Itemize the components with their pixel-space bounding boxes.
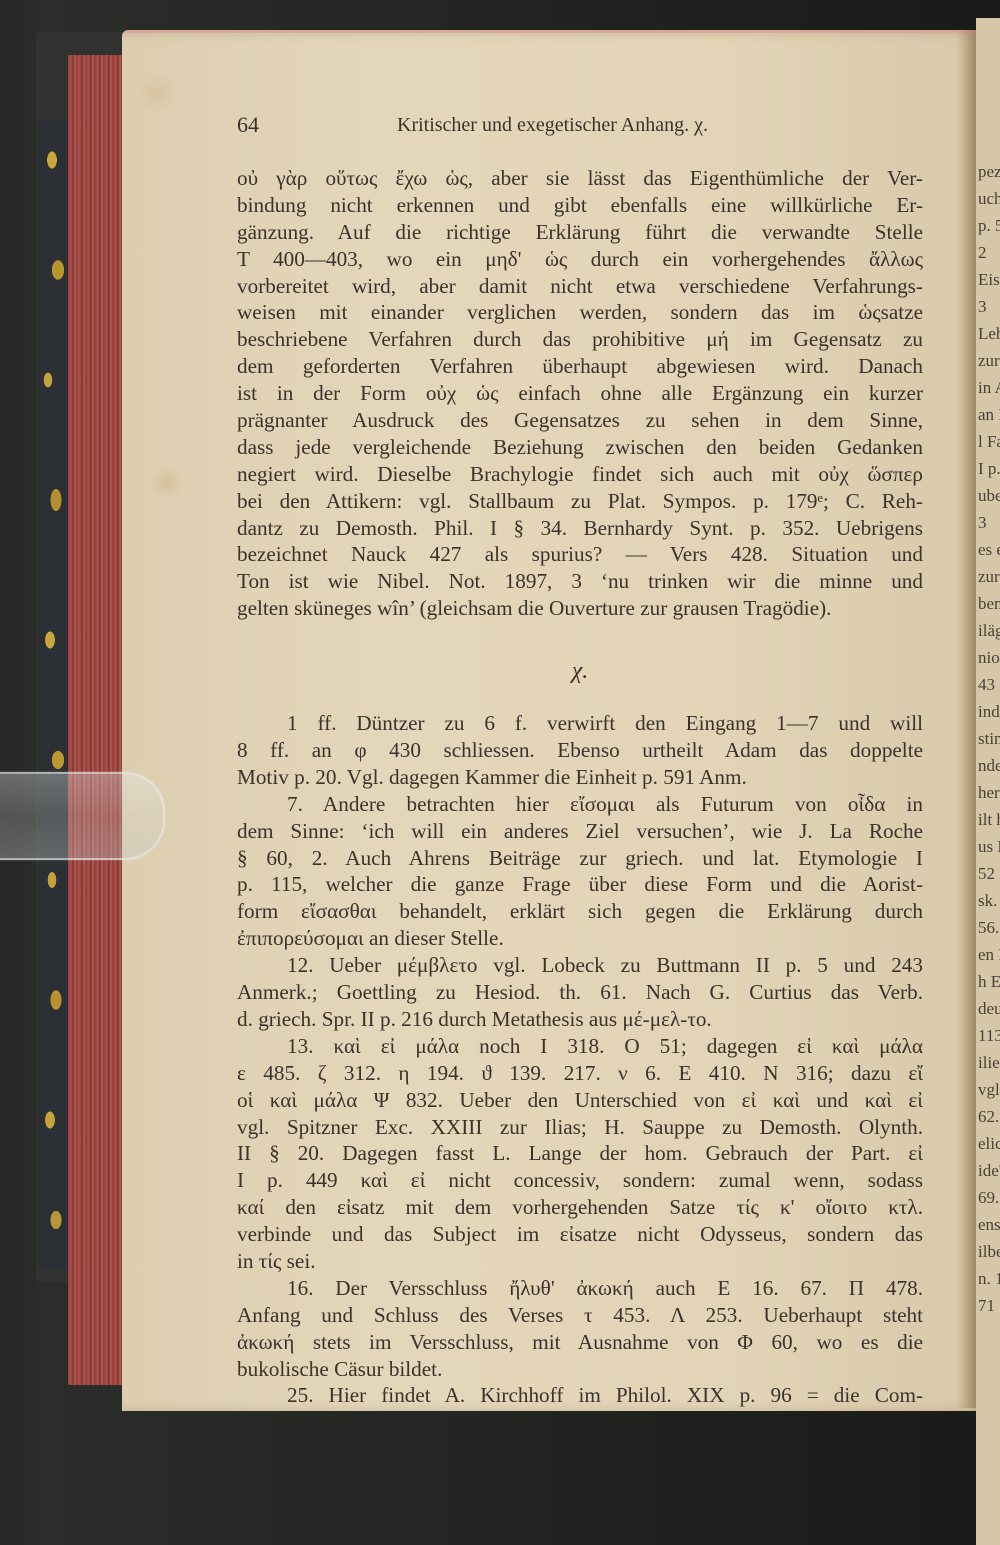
facing-page-fragment: ubeit	[978, 482, 1000, 509]
text-line: beschriebene Verfahren durch das prohibi…	[237, 326, 923, 353]
text-line: dass jede vergleichende Beziehung zwisch…	[237, 434, 923, 461]
text-line: Anmerk.; Goettling zu Hesiod. th. 61. Na…	[237, 979, 923, 1006]
facing-page-fragment: 3	[978, 293, 1000, 320]
facing-page-fragment: l Fa	[978, 428, 1000, 455]
note-entry: 7. Andere betrachten hier εἴσομαι als Fu…	[237, 791, 923, 952]
facing-page-fragment: 2	[978, 239, 1000, 266]
text-line: ε 485. ζ 312. η 194. ϑ 139. 217. ν 6. E …	[237, 1060, 923, 1087]
text-line: 7. Andere betrachten hier εἴσομαι als Fu…	[237, 791, 923, 818]
facing-page-edge: pezitiuchp. 582Eisel3Lehrszurin Aan Kal …	[976, 18, 1000, 1545]
text-line: T 400—403, wo ein μηδ' ὡς durch ein vorh…	[237, 246, 923, 273]
facing-page-fragment: eliche	[978, 1130, 1000, 1157]
text-line: ἐπιπορεύσομαι an dieser Stelle.	[237, 925, 923, 952]
text-line: negiert wird. Dieselbe Brachylogie finde…	[237, 461, 923, 488]
facing-page-fragment: p. 58	[978, 212, 1000, 239]
text-line: d. griech. Spr. II p. 216 durch Metathes…	[237, 1006, 923, 1033]
facing-page-fragment: stimm	[978, 725, 1000, 752]
facing-page-fragment: zur Z	[978, 563, 1000, 590]
facing-page-fragment: Lehrs	[978, 320, 1000, 347]
red-page-edges	[68, 55, 124, 1385]
facing-page-fragment: deus.	[978, 995, 1000, 1022]
text-line: οἱ καὶ μάλα Ψ 832. Ueber den Unterschied…	[237, 1087, 923, 1114]
text-line: bukolische Cäsur bildet.	[237, 1356, 923, 1383]
text-line: 13. καὶ εἰ μάλα noch I 318. O 51; dagege…	[237, 1033, 923, 1060]
text-line: dantz zu Demosth. Phil. I § 34. Bernhard…	[237, 515, 923, 542]
note-entry: 12. Ueber μέμβλετο vgl. Lobeck zu Buttma…	[237, 952, 923, 1033]
facing-page-fragment: 69.	[978, 1184, 1000, 1211]
text-line: weisen mit einander verglichen werden, s…	[237, 299, 923, 326]
text-line: prägnanter Ausdruck des Gegensatzes zu s…	[237, 407, 923, 434]
text-line: καί den εἰsatz mit dem vorhergehenden Sa…	[237, 1194, 923, 1221]
facing-page-fragment: 71	[978, 1292, 1000, 1319]
facing-page-fragment: 43	[978, 671, 1000, 698]
text-line: dem Sinne: ‘ich will ein anderes Ziel ve…	[237, 818, 923, 845]
facing-page-fragment: 113.	[978, 1022, 1000, 1049]
page-content: 64 Kritischer und exegetischer Anhang. χ…	[237, 108, 923, 1409]
facing-page-fragment: es e	[978, 536, 1000, 563]
facing-page-fragment: h Ety	[978, 968, 1000, 995]
text-line: bei den Attikern: vgl. Stallbaum zu Plat…	[237, 488, 923, 515]
text-line: II § 20. Dagegen fasst L. Lange der hom.…	[237, 1140, 923, 1167]
text-line: 1 ff. Düntzer zu 6 f. verwirft den Einga…	[237, 710, 923, 737]
text-line: § 60, 2. Auch Ahrens Beiträge zur griech…	[237, 845, 923, 872]
text-line: form εἴσασθαι behandelt, erklärt sich ge…	[237, 898, 923, 925]
text-line: vorbereitet wird, aber damit nicht etwa …	[237, 273, 923, 300]
facing-page-fragment: us Bo	[978, 833, 1000, 860]
note-entry: 13. καὶ εἰ μάλα noch I 318. O 51; dagege…	[237, 1033, 923, 1275]
text-line: in τίς sei.	[237, 1248, 923, 1275]
running-head: 64 Kritischer und exegetischer Anhang. χ…	[237, 108, 923, 138]
facing-page-fragment: Eisel	[978, 266, 1000, 293]
text-line: Ton ist wie Nibel. Not. 1897, 3 ‘nu trin…	[237, 568, 923, 595]
facing-page-fragment: peziti	[978, 158, 1000, 185]
plastic-page-clip	[0, 772, 165, 860]
text-line: ist in der Form οὐχ ὡς einfach ohne alle…	[237, 380, 923, 407]
note-entry: 1 ff. Düntzer zu 6 f. verwirft den Einga…	[237, 710, 923, 791]
marbled-cover-edge	[38, 120, 70, 1270]
text-line: p. 115, welcher die ganze Frage über die…	[237, 871, 923, 898]
text-line: gänzung. Auf die richtige Erklärung führ…	[237, 219, 923, 246]
facing-page-fragment: en F	[978, 941, 1000, 968]
text-line: Anfang und Schluss des Verses τ 453. Λ 2…	[237, 1302, 923, 1329]
text-line: 8 ff. an φ 430 schliessen. Ebenso urthei…	[237, 737, 923, 764]
facing-page-fragment: ilägt	[978, 617, 1000, 644]
running-head-title: Kritischer und exegetischer Anhang. χ.	[397, 112, 708, 139]
text-line: I p. 449 καὶ εἰ nicht concessiv, sondern…	[237, 1167, 923, 1194]
facing-page-fragment: nio-H	[978, 644, 1000, 671]
paragraph-continuation: οὐ γὰρ οὕτως ἔχω ὡς, aber sie lässt das …	[237, 165, 923, 622]
facing-page-fragment: I p. 6	[978, 455, 1000, 482]
text-line: gelten sküneges wîn’ (gleichsam die Ouve…	[237, 595, 923, 622]
note-entry: 25. Hier findet A. Kirchhoff im Philol. …	[237, 1382, 923, 1409]
facing-page-fragment: ilt hie	[978, 806, 1000, 833]
text-line: bindung nicht erkennen und gibt ebenfall…	[237, 192, 923, 219]
text-line: bezeichnet Nauck 427 als spurius? — Vers…	[237, 541, 923, 568]
text-line: ἀκωκή stets im Versschluss, mit Ausnahme…	[237, 1329, 923, 1356]
facing-page-fragment: 52	[978, 860, 1000, 887]
text-line: dem geforderten Verfahren überhaupt abge…	[237, 353, 923, 380]
facing-page-fragment: indsch	[978, 698, 1000, 725]
text-line: 16. Der Versschluss ἤλυθ' ἀκωκή auch E 1…	[237, 1275, 923, 1302]
facing-page-fragment: ilier	[978, 1049, 1000, 1076]
gutter-shadow	[956, 30, 976, 1408]
text-line: vgl. Spitzner Exc. XXIII zur Ilias; H. S…	[237, 1114, 923, 1141]
facing-page-fragment: an Ka	[978, 401, 1000, 428]
facing-page-fragment: 56.	[978, 914, 1000, 941]
page-number: 64	[237, 112, 259, 139]
text-line: 12. Ueber μέμβλετο vgl. Lobeck zu Buttma…	[237, 952, 923, 979]
facing-page-fragment: zur	[978, 347, 1000, 374]
facing-page-fragment: ilbeln	[978, 1238, 1000, 1265]
facing-page-fragment: sk. I	[978, 887, 1000, 914]
section-heading: χ.	[237, 652, 923, 690]
notes-list: 1 ff. Düntzer zu 6 f. verwirft den Einga…	[237, 710, 923, 1409]
text-line: verbinde und das Subject im εἰsatze nich…	[237, 1221, 923, 1248]
text-line: Motiv p. 20. Vgl. dagegen Kammer die Ein…	[237, 764, 923, 791]
facing-page-fragment: ens l	[978, 1211, 1000, 1238]
facing-page-fragment: in A	[978, 374, 1000, 401]
facing-page-fragment: her b	[978, 779, 1000, 806]
facing-page-fragment: 3	[978, 509, 1000, 536]
text-line: 25. Hier findet A. Kirchhoff im Philol. …	[237, 1382, 923, 1409]
facing-page-fragment: n. 1	[978, 1265, 1000, 1292]
facing-page-fragment: uch	[978, 185, 1000, 212]
facing-page-fragment: benso	[978, 590, 1000, 617]
facing-page-fragment: ndegu	[978, 752, 1000, 779]
note-entry: 16. Der Versschluss ἤλυθ' ἀκωκή auch E 1…	[237, 1275, 923, 1383]
facing-page-fragment: 62.	[978, 1103, 1000, 1130]
facing-page-fragment: vgl.	[978, 1076, 1000, 1103]
facing-page-text: pezitiuchp. 582Eisel3Lehrszurin Aan Kal …	[978, 158, 1000, 1319]
facing-page-fragment: ide'	[978, 1157, 1000, 1184]
text-line: οὐ γὰρ οὕτως ἔχω ὡς, aber sie lässt das …	[237, 165, 923, 192]
